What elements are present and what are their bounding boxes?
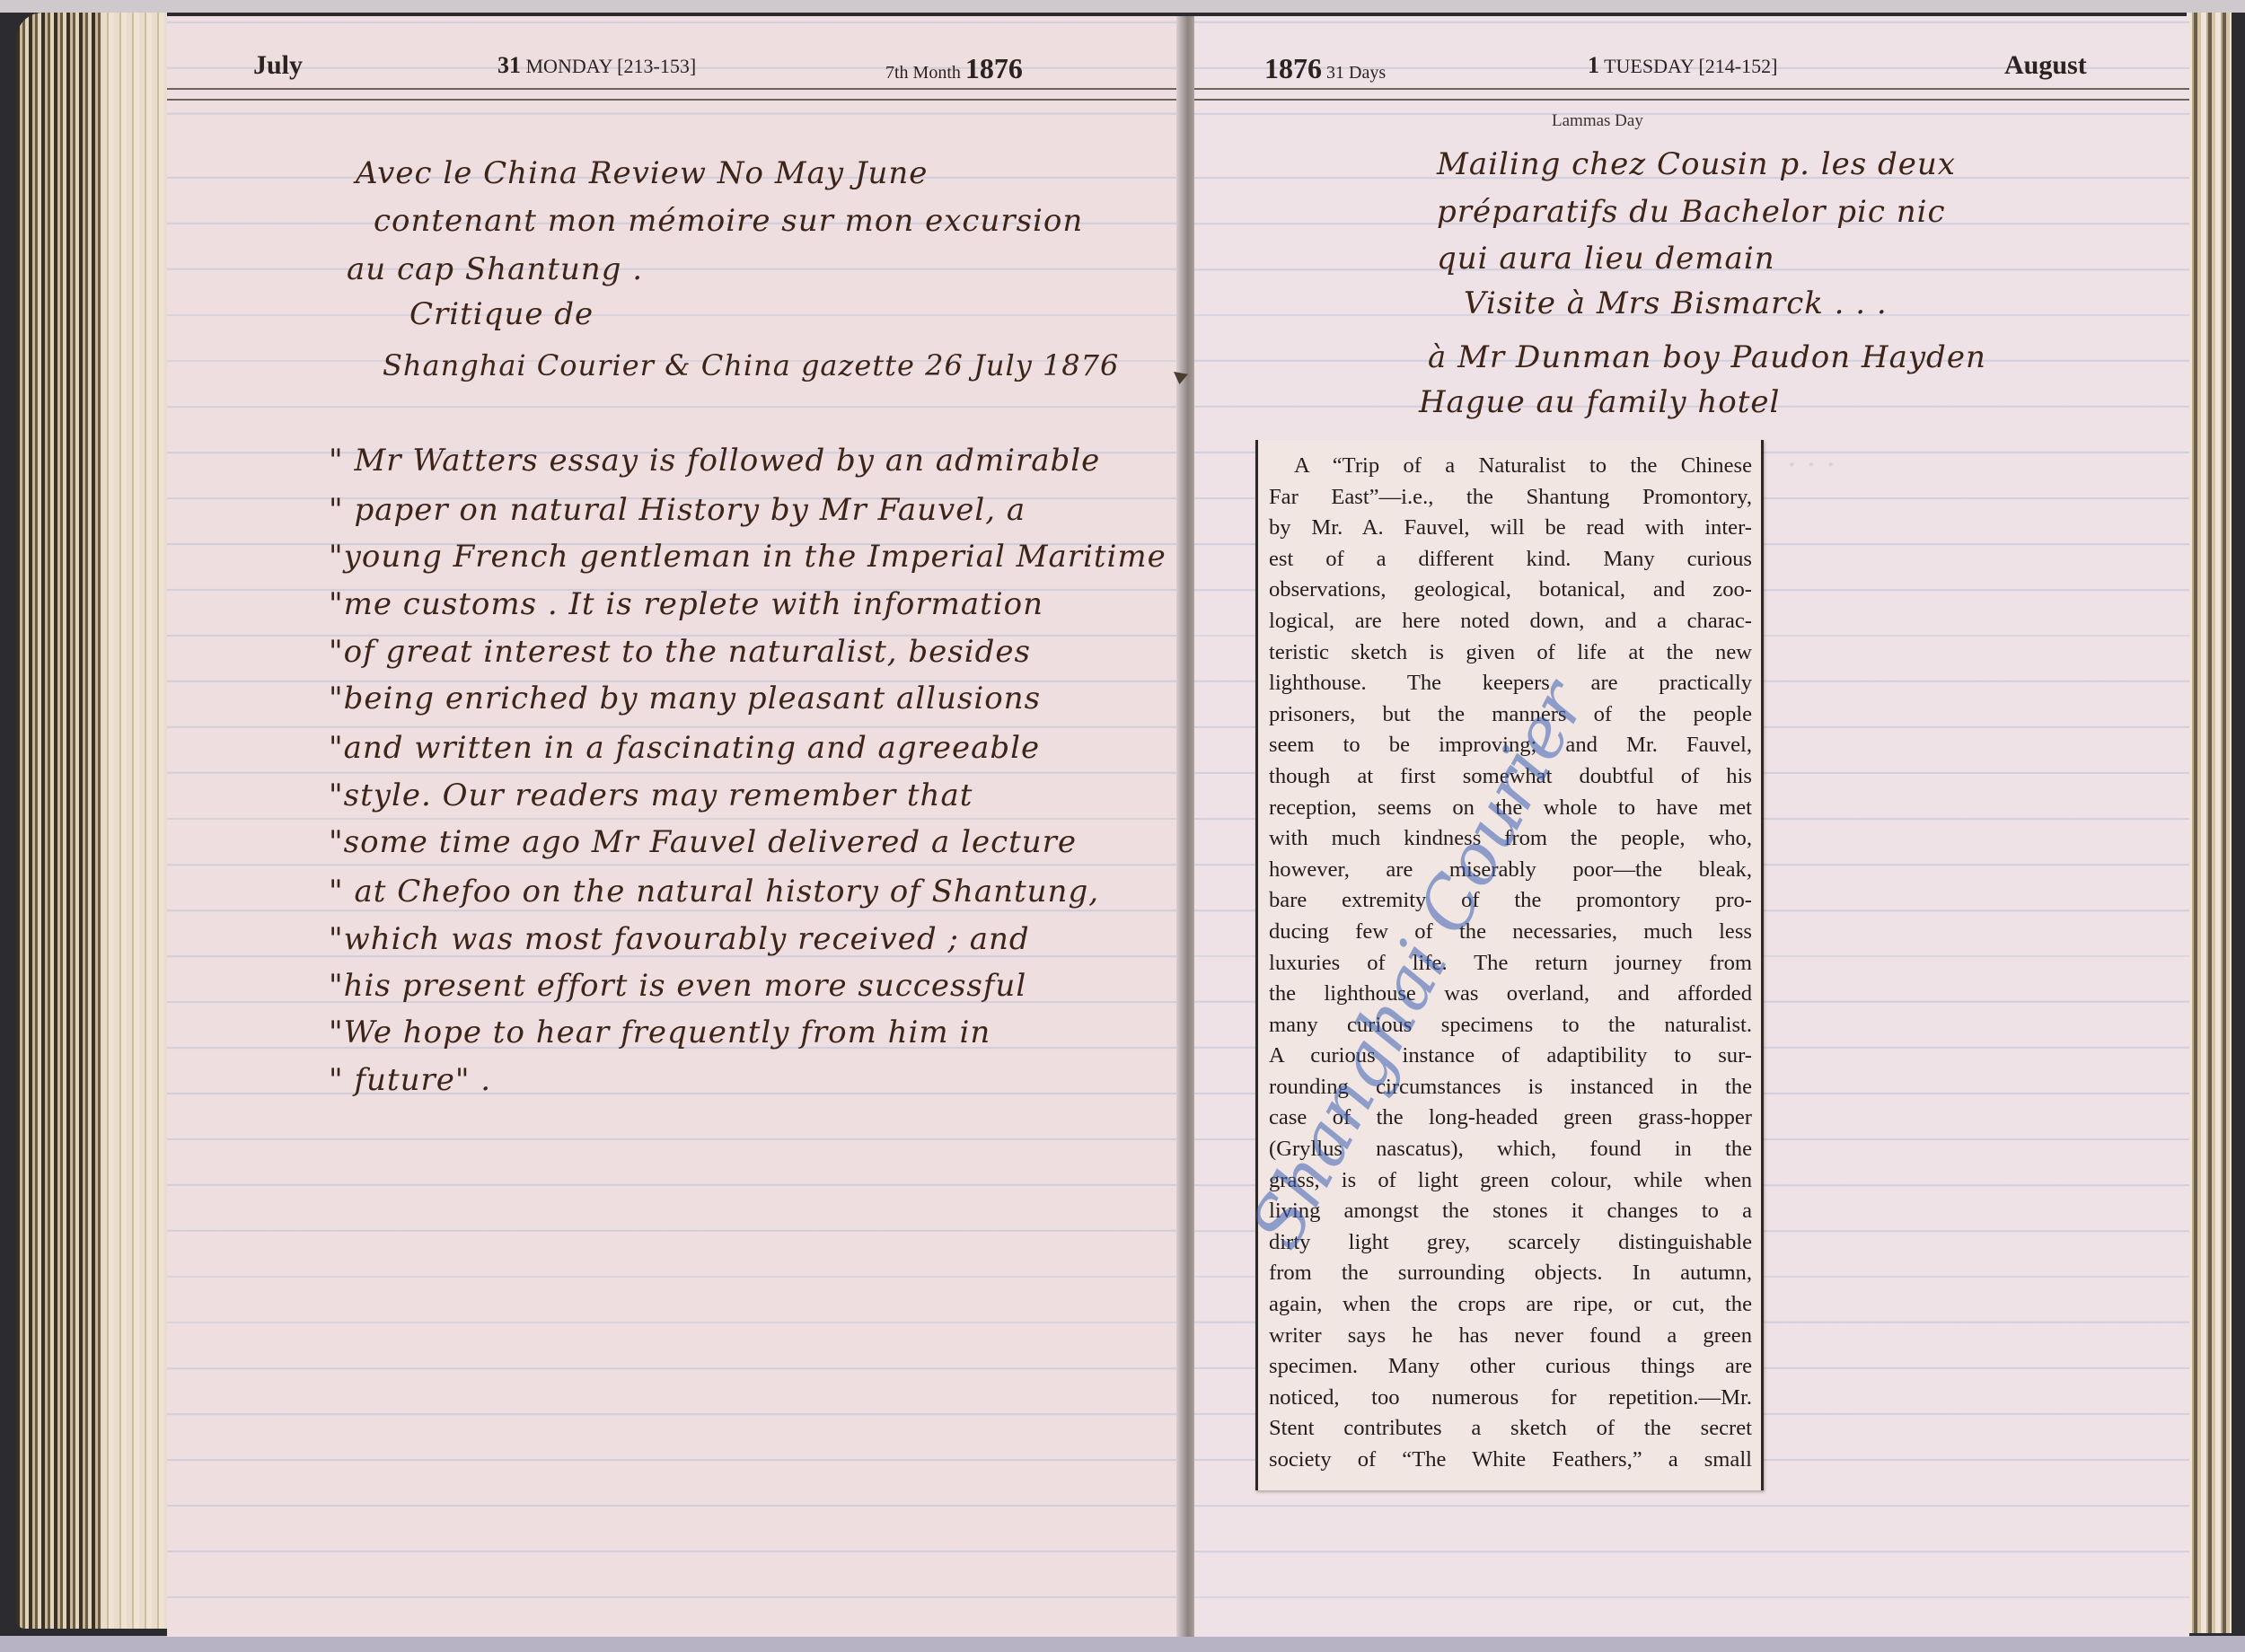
newspaper-clipping: A “Trip of a Naturalist to the Chinese F… (1255, 440, 1764, 1490)
clipping-line: from the surrounding objects. In autumn, (1269, 1258, 1752, 1289)
clipping-line: seem to be improving; and Mr. Fauvel, (1269, 730, 1752, 761)
clipping-line: the lighthouse was overland, and afforde… (1269, 979, 1752, 1010)
date-heading: 31 MONDAY [213-153] (497, 52, 696, 79)
clipping-line: lighthouse. The keepers are practically (1269, 668, 1752, 699)
year: 1876 (1264, 52, 1322, 84)
handwritten-line: Hague au family hotel (1419, 384, 1780, 420)
clipping-line: dirty light grey, scarcely distinguishab… (1269, 1227, 1752, 1259)
clipping-line: rounding circumstances is instanced in t… (1269, 1072, 1752, 1103)
handwritten-line: préparatifs du Bachelor pic nic (1437, 194, 1946, 230)
holiday-label: Lammas Day (1552, 111, 1643, 131)
clipping-line: A “Trip of a Naturalist to the Chinese (1269, 451, 1752, 482)
header-rule (1194, 88, 2189, 101)
left-page: July 31 MONDAY [213-153] 7th Month 1876 … (167, 16, 1184, 1637)
handwritten-line: "young French gentleman in the Imperial … (329, 539, 1167, 575)
clipping-line: ducing few of the necessaries, much less (1269, 917, 1752, 948)
day-count: [214-152] (1698, 55, 1777, 77)
year-heading: 1876 31 Days (1264, 52, 1386, 85)
date-heading: 1 TUESDAY [214-152] (1588, 52, 1777, 79)
handwritten-line: "and written in a fascinating and agreea… (329, 730, 1040, 766)
weekday: TUESDAY (1604, 55, 1694, 77)
left-page-stack (16, 13, 167, 1629)
month-label: August (2004, 50, 2087, 81)
day-number: 1 (1588, 52, 1599, 78)
clipping-line: reception, seems on the whole to have me… (1269, 793, 1752, 824)
clipping-line: living amongst the stones it changes to … (1269, 1196, 1752, 1227)
clipping-line: teristic sketch is given of life at the … (1269, 637, 1752, 669)
days-label: 31 Days (1326, 63, 1386, 83)
clipping-paragraph: A “Trip of a Naturalist to the Chinese F… (1269, 451, 1752, 1476)
clipping-line: bare extremity of the promontory pro- (1269, 885, 1752, 917)
month-label: July (253, 50, 303, 81)
handwritten-line: Visite à Mrs Bismarck . . . (1464, 286, 1888, 321)
clipping-line: luxuries of life. The return journey fro… (1269, 948, 1752, 980)
handwritten-line: " future" . (329, 1062, 491, 1098)
year-heading: 7th Month 1876 (885, 52, 1023, 85)
background-top (0, 0, 2245, 13)
bleed-through-text: . . . (1787, 438, 1836, 474)
month-ordinal: 7th Month (885, 63, 961, 83)
clipping-line: Stent contributes a sketch of the secret (1269, 1413, 1752, 1445)
handwritten-line: Avec le China Review No May June (356, 155, 928, 191)
handwritten-line: "being enriched by many pleasant allusio… (329, 681, 1041, 716)
background-bottom (0, 1636, 2245, 1652)
clipping-line: noticed, too numerous for repetition.—Mr… (1269, 1383, 1752, 1414)
handwritten-line: "style. Our readers may remember that (329, 778, 973, 813)
clipping-line: writer says he has never found a green (1269, 1321, 1752, 1352)
handwritten-line: " paper on natural History by Mr Fauvel,… (329, 492, 1026, 528)
day-count: [213-153] (617, 55, 696, 77)
clipping-line: by Mr. A. Fauvel, will be read with inte… (1269, 513, 1752, 544)
clipping-line: case of the long-headed green grass-hopp… (1269, 1103, 1752, 1134)
handwritten-line: "me customs . It is replete with informa… (329, 586, 1043, 622)
header-rule (167, 88, 1184, 101)
clipping-line: (Gryllus nascatus), which, found in the (1269, 1134, 1752, 1165)
handwritten-line: qui aura lieu demain (1437, 241, 1775, 277)
weekday: MONDAY (526, 55, 612, 77)
handwritten-line: Mailing chez Cousin p. les deux (1437, 146, 1956, 182)
handwritten-line: "his present effort is even more success… (329, 968, 1026, 1004)
clipping-line: society of “The White Feathers,” a small (1269, 1445, 1752, 1476)
day-number: 31 (497, 52, 521, 78)
clipping-line: again, when the crops are ripe, or cut, … (1269, 1289, 1752, 1321)
clipping-line: with much kindness from the people, who, (1269, 823, 1752, 855)
year: 1876 (965, 52, 1023, 84)
handwritten-line: Shanghai Courier & China gazette 26 July… (383, 348, 1119, 382)
clipping-line: however, are miserably poor—the bleak, (1269, 855, 1752, 886)
clipping-line: logical, are here noted down, and a char… (1269, 606, 1752, 637)
handwritten-line: Critique de (409, 296, 594, 332)
handwritten-line: " at Chefoo on the natural history of Sh… (329, 874, 1099, 909)
handwritten-line: "some time ago Mr Fauvel delivered a lec… (329, 824, 1077, 860)
handwritten-line: "of great interest to the naturalist, be… (329, 634, 1031, 670)
clipping-line: est of a different kind. Many curious (1269, 544, 1752, 576)
handwritten-line: " Mr Watters essay is followed by an adm… (329, 443, 1100, 479)
handwritten-line: à Mr Dunman boy Paudon Hayden (1428, 339, 1986, 375)
clipping-line: prisoners, but the manners of the people (1269, 699, 1752, 731)
handwritten-line: "which was most favourably received ; an… (329, 921, 1030, 957)
clipping-line: though at first somewhat doubtful of his (1269, 761, 1752, 793)
clipping-line: specimen. Many other curious things are (1269, 1351, 1752, 1383)
handwritten-line: contenant mon mémoire sur mon excursion (374, 203, 1083, 239)
page-edges (101, 13, 167, 1629)
handwritten-line: "We hope to hear frequently from him in (329, 1015, 990, 1050)
right-page-stack (2187, 13, 2232, 1633)
clipping-line: A curious instance of adaptibility to su… (1269, 1041, 1752, 1072)
clipping-line: Far East”—i.e., the Shantung Promontory, (1269, 482, 1752, 514)
clipping-line: many curious specimens to the naturalist… (1269, 1010, 1752, 1041)
clipping-line: grass, is of light green colour, while w… (1269, 1165, 1752, 1197)
handwritten-line: au cap Shantung . (347, 251, 643, 287)
clipping-line: observations, geological, botanical, and… (1269, 575, 1752, 606)
